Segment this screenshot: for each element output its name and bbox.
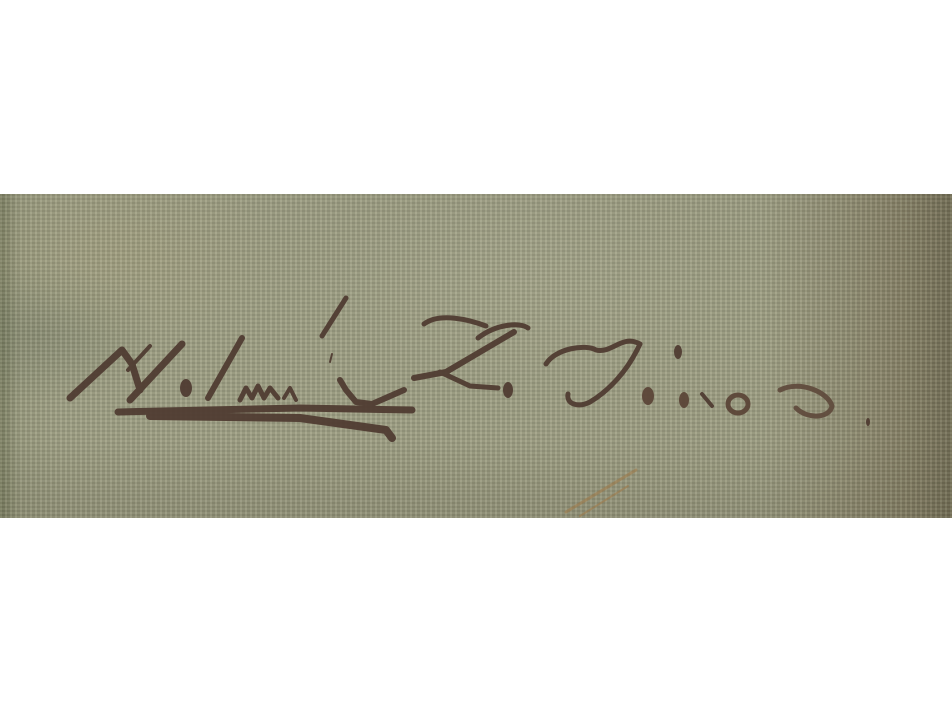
canvas-photo: Milonić Z. Jaincos [0,194,952,518]
painted-signature [0,194,952,518]
